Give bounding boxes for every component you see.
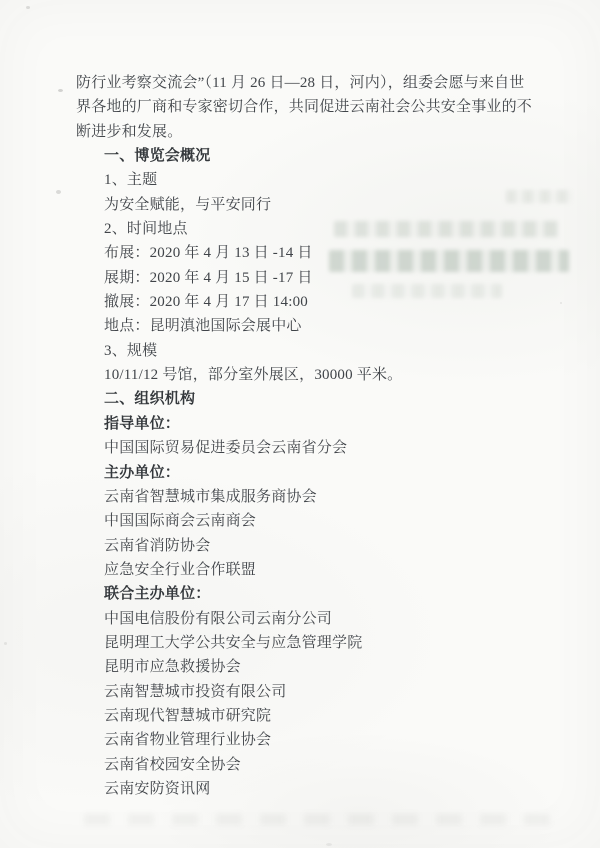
doc-line: 撤展：2020 年 4 月 17 日 14:00 [76, 290, 556, 314]
doc-line: 展期：2020 年 4 月 15 日 -17 日 [76, 266, 556, 290]
doc-line: 断进步和发展。 [76, 120, 556, 144]
doc-line: 二、组织机构 [76, 387, 556, 411]
doc-line: 云南省智慧城市集成服务商协会 [76, 485, 556, 509]
doc-line: 2、时间地点 [76, 217, 556, 241]
scan-speck [26, 6, 30, 9]
doc-line: 昆明理工大学公共安全与应急管理学院 [76, 631, 556, 655]
doc-line: 主办单位： [76, 461, 556, 485]
doc-line: 昆明市应急救援协会 [76, 655, 556, 679]
doc-line: 地点：昆明滇池国际会展中心 [76, 314, 556, 338]
document-body: 防行业考察交流会”（11 月 26 日—28 日，河内），组委会愿与来自世界各地… [76, 71, 556, 801]
doc-line: 指导单位： [76, 412, 556, 436]
doc-line: 云南智慧城市投资有限公司 [76, 680, 556, 704]
scan-speck [326, 843, 332, 846]
doc-line: 中国国际贸易促进委员会云南省分会 [76, 436, 556, 460]
doc-line: 云南现代智慧城市研究院 [76, 704, 556, 728]
scanned-document-page: 防行业考察交流会”（11 月 26 日—28 日，河内），组委会愿与来自世界各地… [0, 0, 600, 848]
scan-smudge [84, 814, 554, 825]
doc-line: 为安全赋能，与平安同行 [76, 193, 556, 217]
doc-line: 云南省消防协会 [76, 534, 556, 558]
doc-line: 1、主题 [76, 168, 556, 192]
scan-speck [4, 642, 7, 645]
doc-line: 布展：2020 年 4 月 13 日 -14 日 [76, 241, 556, 265]
doc-line: 云南省物业管理行业协会 [76, 728, 556, 752]
doc-line: 云南省校园安全协会 [76, 753, 556, 777]
doc-line: 联合主办单位： [76, 582, 556, 606]
scan-speck [58, 89, 63, 92]
doc-line: 3、规模 [76, 339, 556, 363]
doc-line: 中国国际商会云南商会 [76, 509, 556, 533]
doc-line: 一、博览会概况 [76, 144, 556, 168]
doc-line: 云南安防资讯网 [76, 777, 556, 801]
doc-line: 应急安全行业合作联盟 [76, 558, 556, 582]
scan-speck [560, 302, 562, 304]
doc-line: 中国电信股份有限公司云南分公司 [76, 607, 556, 631]
doc-line: 界各地的厂商和专家密切合作，共同促进云南社会公共安全事业的不 [76, 95, 556, 119]
scan-speck [56, 190, 61, 194]
doc-line: 10/11/12 号馆，部分室外展区，30000 平米。 [76, 363, 556, 387]
doc-line: 防行业考察交流会”（11 月 26 日—28 日，河内），组委会愿与来自世 [76, 71, 556, 95]
